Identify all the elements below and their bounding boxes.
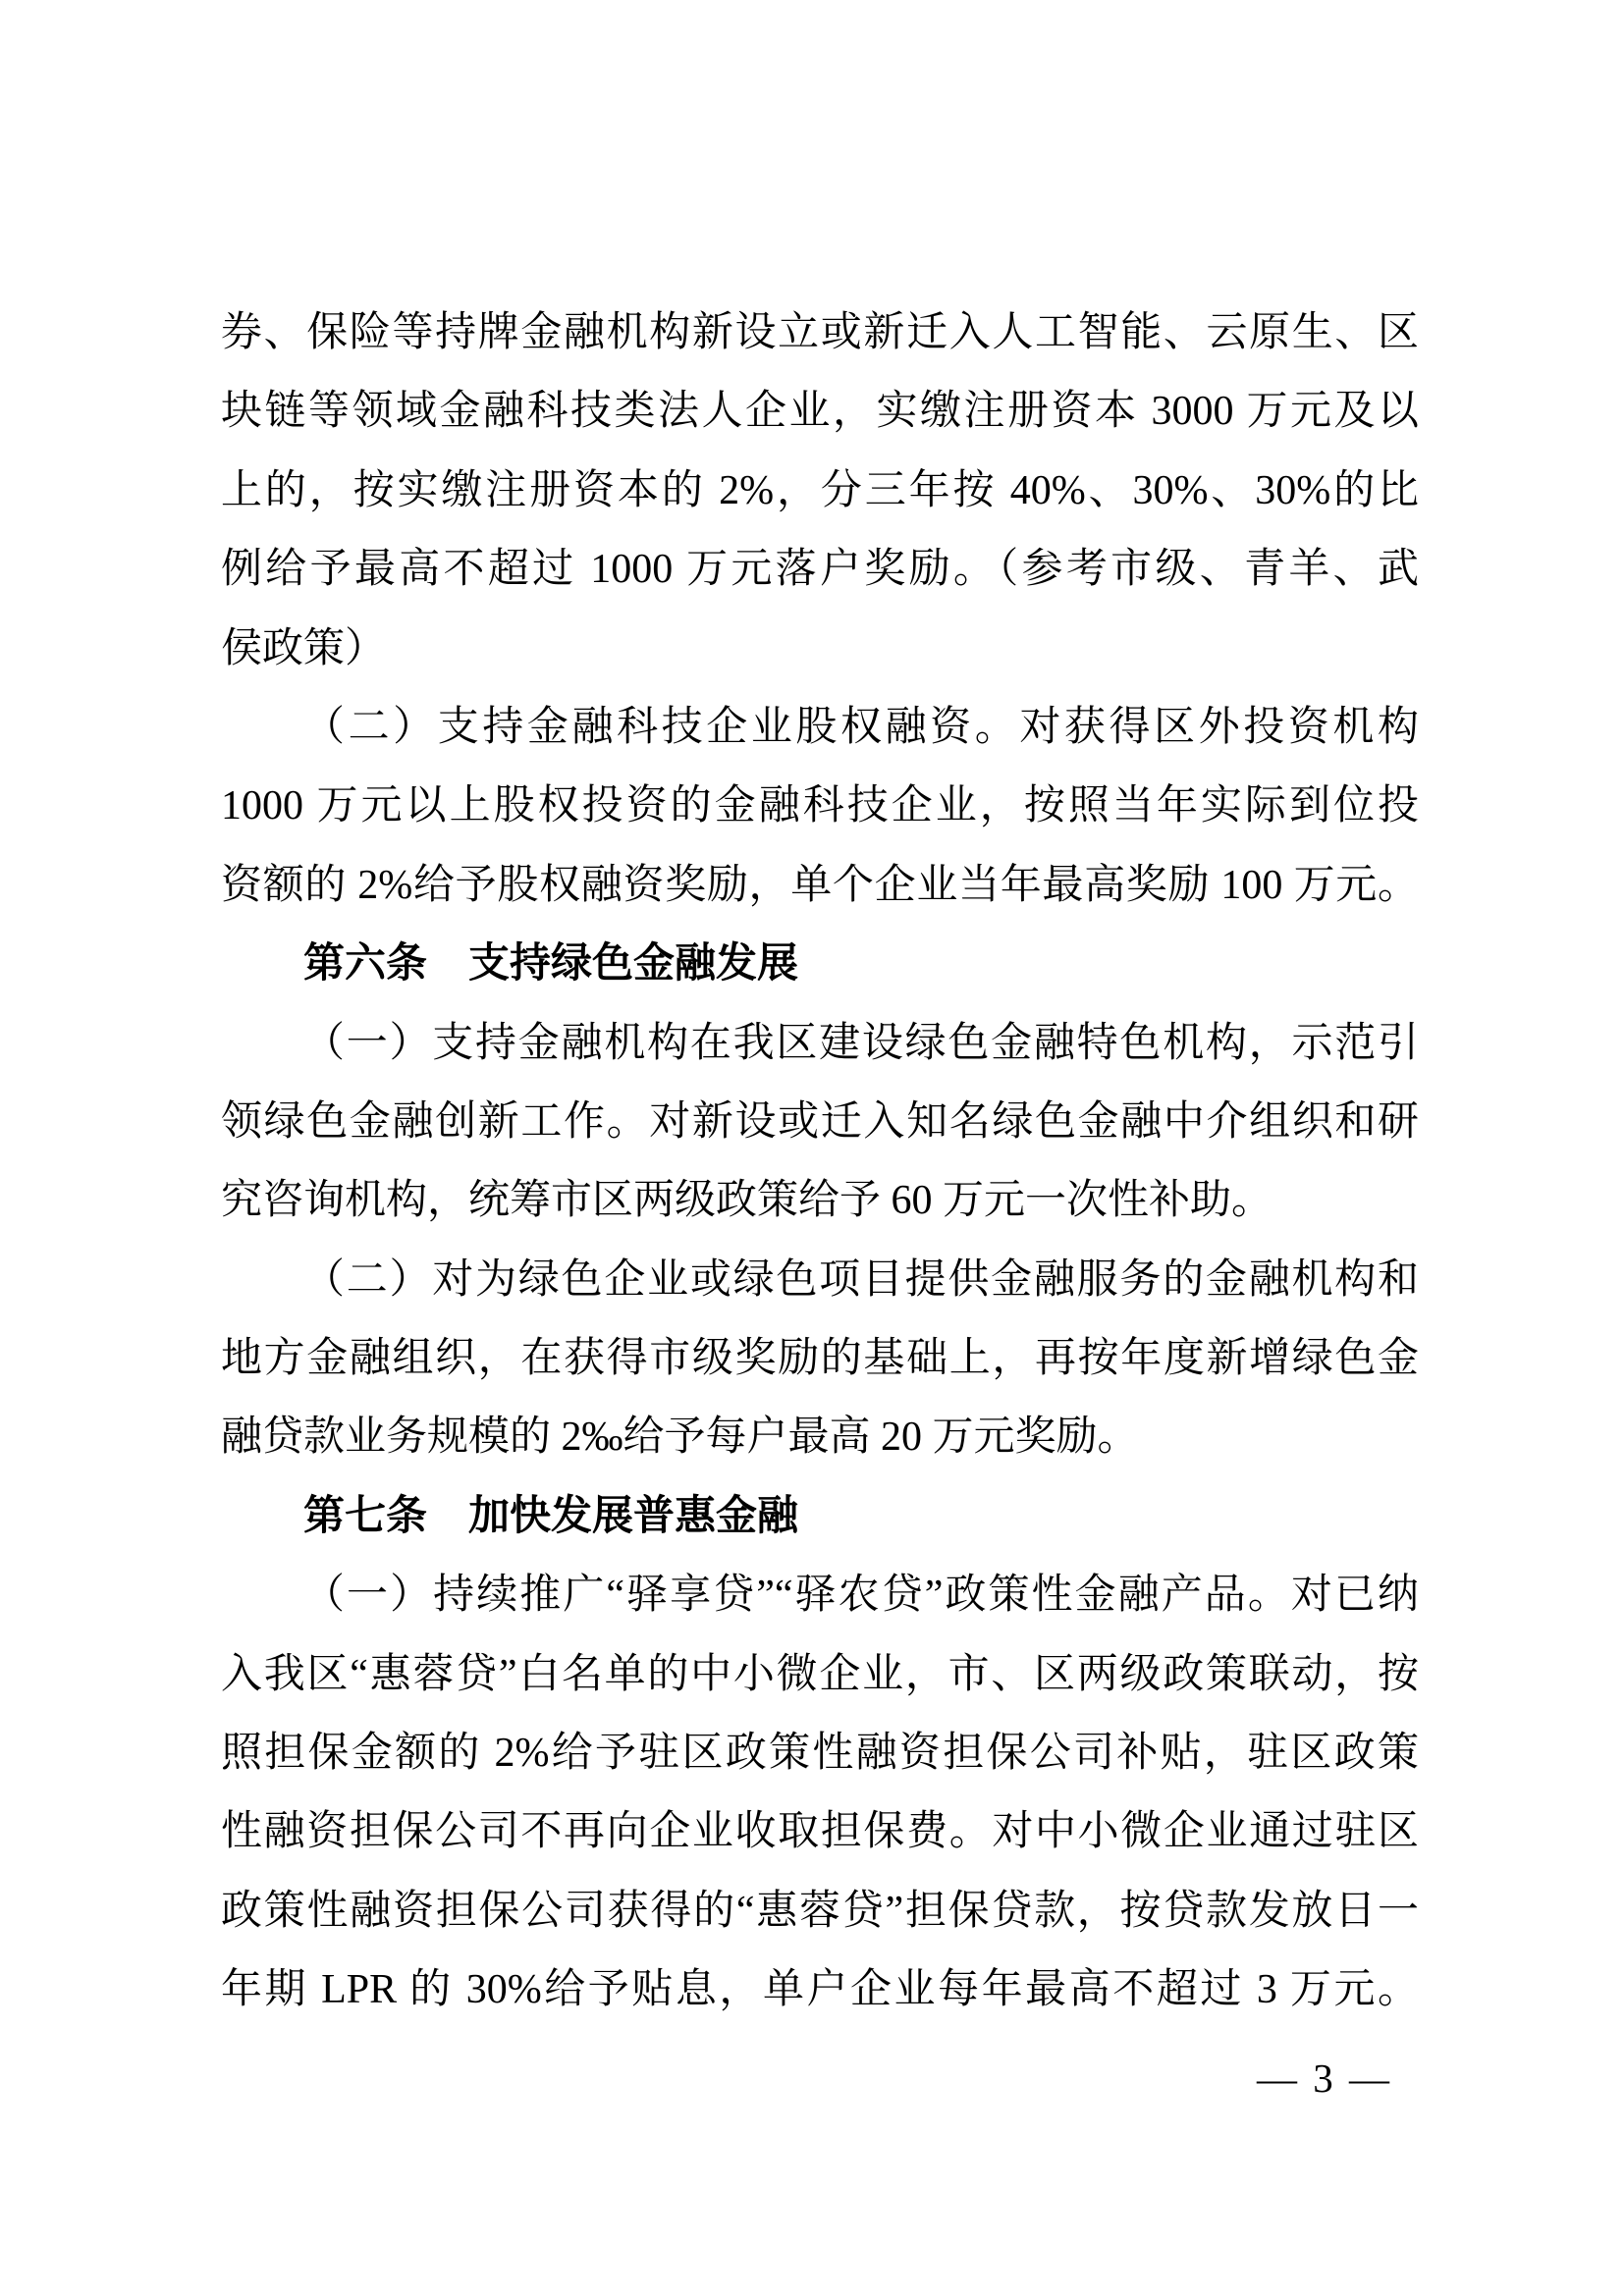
text-line: 地方金融组织，在获得市级奖励的基础上，再按年度新增绿色金: [221, 1319, 1419, 1398]
text-line: 入我区“惠蓉贷”白名单的中小微企业，市、区两级政策联动，按: [221, 1635, 1419, 1714]
text-line: 资额的 2%给予股权融资奖励，单个企业当年最高奖励 100 万元。: [221, 846, 1419, 925]
text-line: （一）持续推广“驿享贷”“驿农贷”政策性金融产品。对已纳: [221, 1556, 1419, 1634]
page-number: — 3 —: [1257, 2055, 1392, 2102]
text-line: 上的，按实缴注册资本的 2%，分三年按 40%、30%、30%的比: [221, 452, 1419, 530]
text-line: 例给予最高不超过 1000 万元落户奖励。（参考市级、青羊、武: [221, 530, 1419, 609]
text-line: 年期 LPR 的 30%给予贴息，单户企业每年最高不超过 3 万元。: [221, 1950, 1419, 2029]
article-heading: 第六条 支持绿色金融发展: [221, 925, 1419, 1003]
text-line: 侯政策）: [221, 610, 1419, 688]
article-heading: 第七条 加快发展普惠金融: [221, 1477, 1419, 1556]
text-line: 券、保险等持牌金融机构新设立或新迁入人工智能、云原生、区: [221, 294, 1419, 372]
text-line: （二）对为绿色企业或绿色项目提供金融服务的金融机构和: [221, 1241, 1419, 1319]
text-line: 融贷款业务规模的 2‰给予每户最高 20 万元奖励。: [221, 1398, 1419, 1476]
text-line: 领绿色金融创新工作。对新设或迁入知名绿色金融中介组织和研: [221, 1083, 1419, 1161]
text-line: （一）支持金融机构在我区建设绿色金融特色机构，示范引: [221, 1004, 1419, 1083]
text-line: 1000 万元以上股权投资的金融科技企业，按照当年实际到位投: [221, 767, 1419, 845]
text-line: 性融资担保公司不再向企业收取担保费。对中小微企业通过驻区: [221, 1792, 1419, 1871]
text-line: 政策性融资担保公司获得的“惠蓉贷”担保贷款，按贷款发放日一: [221, 1872, 1419, 1950]
text-line: 照担保金额的 2%给予驻区政策性融资担保公司补贴，驻区政策: [221, 1714, 1419, 1792]
document-page: 券、保险等持牌金融机构新设立或新迁入人工智能、云原生、区 块链等领域金融科技类法…: [0, 0, 1624, 2296]
document-body: 券、保险等持牌金融机构新设立或新迁入人工智能、云原生、区 块链等领域金融科技类法…: [221, 294, 1419, 2030]
text-line: 究咨询机构，统筹市区两级政策给予 60 万元一次性补助。: [221, 1161, 1419, 1240]
text-line: 块链等领域金融科技类法人企业，实缴注册资本 3000 万元及以: [221, 372, 1419, 451]
text-line: （二）支持金融科技企业股权融资。对获得区外投资机构: [221, 688, 1419, 767]
